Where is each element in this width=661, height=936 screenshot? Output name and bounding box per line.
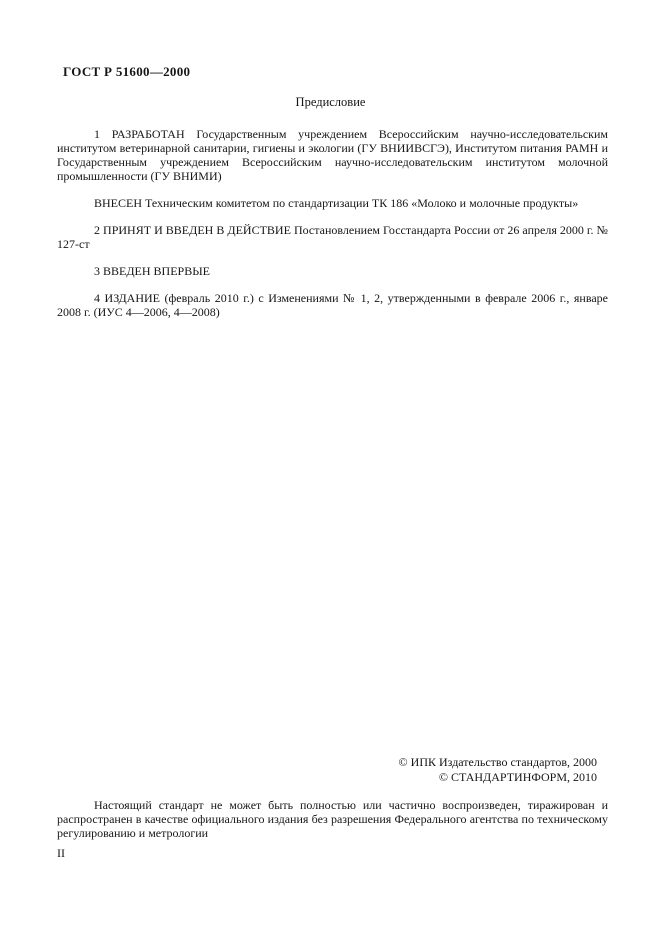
page-number: II [57,846,65,861]
foreword-paragraph-edition: 4 ИЗДАНИЕ (февраль 2010 г.) с Изменениям… [57,291,608,319]
foreword-title: Предисловие [0,95,661,110]
legal-notice: Настоящий стандарт не может быть полност… [57,798,608,840]
foreword-paragraph-developed: 1 РАЗРАБОТАН Государственным учреждением… [57,127,608,183]
foreword-paragraph-submitted: ВНЕСЕН Техническим комитетом по стандарт… [57,196,608,210]
document-page: ГОСТ Р 51600—2000 Предисловие 1 РАЗРАБОТ… [0,0,661,936]
copyright-line-standartinform: © СТАНДАРТИНФОРМ, 2010 [399,770,597,785]
doc-number: ГОСТ Р 51600—2000 [63,64,190,80]
copyright-line-standards-publisher: © ИПК Издательство стандартов, 2000 [399,755,597,770]
foreword-paragraph-adopted: 2 ПРИНЯТ И ВВЕДЕН В ДЕЙСТВИЕ Постановлен… [57,223,608,251]
foreword-paragraph-first-introduced: 3 ВВЕДЕН ВПЕРВЫЕ [57,264,608,278]
copyright-block: © ИПК Издательство стандартов, 2000 © СТ… [399,755,597,785]
foreword-body: 1 РАЗРАБОТАН Государственным учреждением… [57,127,608,319]
